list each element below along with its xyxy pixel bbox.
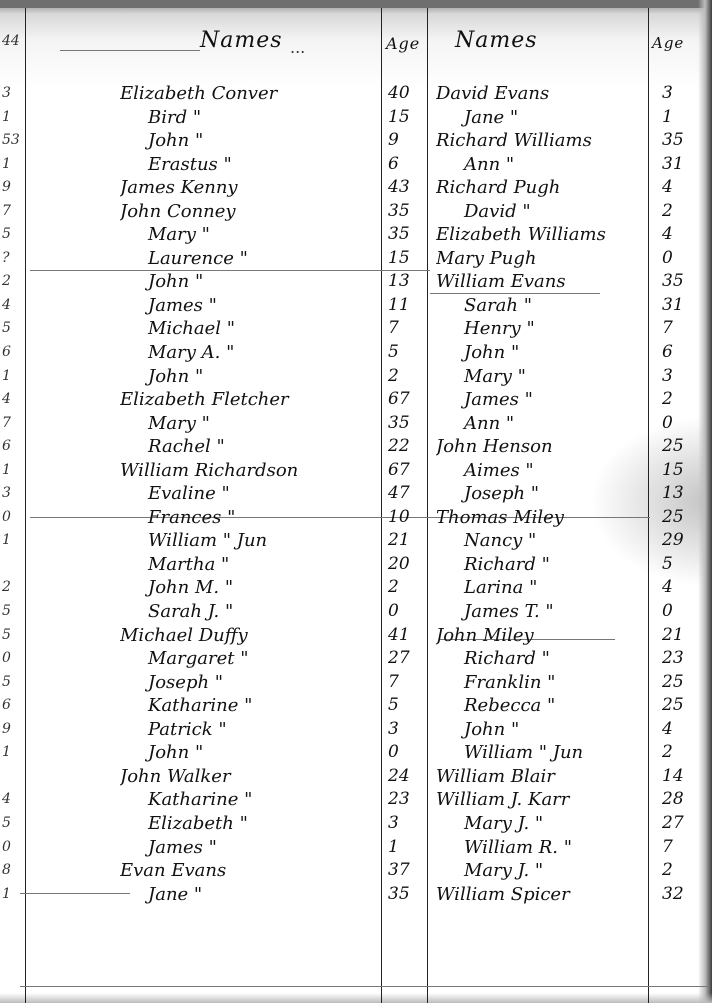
name-right: James " [436,388,646,411]
age-left: 67 [384,459,424,482]
age-left: 15 [384,247,424,270]
age-right: 2 [652,859,696,882]
margin-number: 5 [2,812,22,835]
name-right: William " Jun [436,741,646,764]
name-right: David Evans [436,82,646,105]
name-right: Mary Pugh [436,247,646,270]
age-right: 1 [652,106,696,129]
name-left: James " [120,836,378,859]
margin-number: 1 [2,741,22,764]
name-right: Richard Pugh [436,176,646,199]
register-rows: 3 Elizabeth Conver 40 David Evans 3 1 Bi… [0,82,712,906]
age-right: 31 [652,153,696,176]
name-left: John Conney [120,200,378,223]
name-left: Martha " [120,553,378,576]
margin-number: 4 [2,388,22,411]
name-left: Mary " [120,223,378,246]
name-right: William Spicer [436,883,646,906]
register-row: 5 Elizabeth " 3 Mary J. " 27 [0,812,712,836]
margin-number: 8 [2,859,22,882]
age-right: 35 [652,129,696,152]
age-right: 23 [652,647,696,670]
name-right: John Henson [436,435,646,458]
name-left: Erastus " [120,153,378,176]
name-right: Ann " [436,412,646,435]
register-row: 6 Rachel " 22 John Henson 25 [0,435,712,459]
register-row: 2 John " 13 William Evans 35 [0,270,712,294]
name-left: John Walker [120,765,378,788]
age-left: 22 [384,435,424,458]
name-right: David " [436,200,646,223]
margin-number: 3 [2,82,22,105]
name-right: John " [436,718,646,741]
name-right: Sarah " [436,294,646,317]
register-row: 7 John Conney 35 David " 2 [0,200,712,224]
age-right: 7 [652,317,696,340]
age-left: 35 [384,412,424,435]
name-right: Mary " [436,365,646,388]
margin-number: 9 [2,718,22,741]
age-left: 21 [384,529,424,552]
margin-number: 7 [2,200,22,223]
age-right: 15 [652,459,696,482]
name-left: Mary " [120,412,378,435]
margin-number: ? [2,247,22,270]
age-right: 4 [652,176,696,199]
name-right: Richard " [436,647,646,670]
age-left: 35 [384,200,424,223]
age-left: 5 [384,341,424,364]
register-row: 1 Jane " 35 William Spicer 32 [0,883,712,907]
name-left: Mary A. " [120,341,378,364]
age-right: 25 [652,694,696,717]
age-right: 25 [652,506,696,529]
name-right: Richard " [436,553,646,576]
header-dots: ... [290,38,305,57]
age-right: 4 [652,718,696,741]
age-right: 0 [652,412,696,435]
age-left: 47 [384,482,424,505]
margin-number: 1 [2,459,22,482]
margin-number: 2 [2,270,22,293]
age-right: 35 [652,270,696,293]
age-right: 29 [652,529,696,552]
age-left: 37 [384,859,424,882]
name-left: Evan Evans [120,859,378,882]
register-row: 4 James " 11 Sarah " 31 [0,294,712,318]
register-row: 5 Michael Duffy 41 John Miley 21 [0,624,712,648]
name-left: John " [120,129,378,152]
age-left: 13 [384,270,424,293]
register-row: 5 Joseph " 7 Franklin " 25 [0,671,712,695]
register-row: 6 Katharine " 5 Rebecca " 25 [0,694,712,718]
name-left: Bird " [120,106,378,129]
name-left: Elizabeth " [120,812,378,835]
margin-number: 6 [2,341,22,364]
name-right: Henry " [436,317,646,340]
margin-number: 0 [2,647,22,670]
name-right: John Miley [436,624,646,647]
margin-number: 5 [2,600,22,623]
name-right: Elizabeth Williams [436,223,646,246]
age-left: 67 [384,388,424,411]
age-right: 4 [652,576,696,599]
margin-number: 5 [2,624,22,647]
margin-header: 44 [2,30,22,53]
margin-number: 1 [2,106,22,129]
margin-number: 6 [2,435,22,458]
age-right: 13 [652,482,696,505]
name-left: Katharine " [120,788,378,811]
names-header-left: Names [200,28,283,53]
register-row: 0 Margaret " 27 Richard " 23 [0,647,712,671]
register-row: 5 Mary " 35 Elizabeth Williams 4 [0,223,712,247]
name-right: William R. " [436,836,646,859]
name-right: Mary J. " [436,812,646,835]
age-right: 21 [652,624,696,647]
age-left: 7 [384,317,424,340]
age-left: 6 [384,153,424,176]
register-row: 0 James " 1 William R. " 7 [0,836,712,860]
name-right: Larina " [436,576,646,599]
ruled-line [20,986,710,987]
name-left: John M. " [120,576,378,599]
name-left: Patrick " [120,718,378,741]
age-right: 0 [652,600,696,623]
name-right: Richard Williams [436,129,646,152]
register-row: 8 Evan Evans 37 Mary J. " 2 [0,859,712,883]
age-header-left: Age [386,34,420,53]
scan-bottom-shadow [0,993,712,1003]
name-right: Mary J. " [436,859,646,882]
register-row: 0 Frances " 10 Thomas Miley 25 [0,506,712,530]
register-row: 2 John M. " 2 Larina " 4 [0,576,712,600]
age-left: 27 [384,647,424,670]
name-left: Jane " [120,883,378,906]
age-right: 5 [652,553,696,576]
name-left: Michael " [120,317,378,340]
name-left: Katharine " [120,694,378,717]
age-left: 11 [384,294,424,317]
name-left: Joseph " [120,671,378,694]
name-left: Elizabeth Conver [120,82,378,105]
age-right: 2 [652,388,696,411]
age-left: 3 [384,812,424,835]
margin-number: 0 [2,506,22,529]
age-right: 31 [652,294,696,317]
margin-number: 9 [2,176,22,199]
age-right: 25 [652,671,696,694]
age-left: 24 [384,765,424,788]
age-left: 7 [384,671,424,694]
age-left: 0 [384,600,424,623]
name-right: Joseph " [436,482,646,505]
age-left: 3 [384,718,424,741]
names-header-right: Names [455,28,538,53]
margin-number: 1 [2,153,22,176]
age-left: 20 [384,553,424,576]
register-row: 1 John " 2 Mary " 3 [0,365,712,389]
age-left: 15 [384,106,424,129]
age-left: 10 [384,506,424,529]
register-row: 5 Michael " 7 Henry " 7 [0,317,712,341]
age-right: 32 [652,883,696,906]
margin-number: 6 [2,694,22,717]
name-left: John " [120,741,378,764]
margin-number: 4 [2,788,22,811]
age-left: 0 [384,741,424,764]
name-right: Ann " [436,153,646,176]
name-left: Elizabeth Fletcher [120,388,378,411]
name-right: Jane " [436,106,646,129]
name-left: John " [120,270,378,293]
margin-number: 0 [2,836,22,859]
age-left: 41 [384,624,424,647]
register-row: 1 John " 0 William " Jun 2 [0,741,712,765]
age-right: 2 [652,200,696,223]
name-left: Evaline " [120,482,378,505]
name-right: William J. Karr [436,788,646,811]
margin-number: 1 [2,883,22,906]
register-row: John Walker 24 William Blair 14 [0,765,712,789]
name-right: William Evans [436,270,646,293]
age-left: 1 [384,836,424,859]
age-right: 27 [652,812,696,835]
register-row: ? Laurence " 15 Mary Pugh 0 [0,247,712,271]
margin-number [2,553,22,576]
margin-number: 3 [2,482,22,505]
register-row: 1 William " Jun 21 Nancy " 29 [0,529,712,553]
name-left: William " Jun [120,529,378,552]
age-right: 7 [652,836,696,859]
age-left: 40 [384,82,424,105]
margin-number: 1 [2,365,22,388]
register-row: 53 John " 9 Richard Williams 35 [0,129,712,153]
name-left: Michael Duffy [120,624,378,647]
margin-number: 53 [2,129,22,152]
age-right: 2 [652,741,696,764]
age-right: 28 [652,788,696,811]
age-left: 23 [384,788,424,811]
margin-number: 7 [2,412,22,435]
age-left: 2 [384,365,424,388]
margin-number: 1 [2,529,22,552]
register-row: 1 Bird " 15 Jane " 1 [0,106,712,130]
age-left: 43 [384,176,424,199]
margin-number: 5 [2,671,22,694]
name-left: John " [120,365,378,388]
name-right: Rebecca " [436,694,646,717]
name-right: Thomas Miley [436,506,646,529]
age-right: 25 [652,435,696,458]
margin-number: 5 [2,223,22,246]
scan-top-shadow [0,0,712,8]
register-row: 9 Patrick " 3 John " 4 [0,718,712,742]
name-left: Frances " [120,506,378,529]
name-right: Nancy " [436,529,646,552]
name-left: James " [120,294,378,317]
age-right: 14 [652,765,696,788]
age-right: 4 [652,223,696,246]
register-row: 4 Elizabeth Fletcher 67 James " 2 [0,388,712,412]
name-left: Rachel " [120,435,378,458]
name-right: John " [436,341,646,364]
age-left: 5 [384,694,424,717]
register-row: 3 Elizabeth Conver 40 David Evans 3 [0,82,712,106]
margin-number [2,765,22,788]
name-right: Aimes " [436,459,646,482]
register-page: 44 Names ... Age Names Age 3 Elizabeth C… [0,0,712,1003]
name-left: Sarah J. " [120,600,378,623]
age-right: 6 [652,341,696,364]
name-left: William Richardson [120,459,378,482]
margin-number: 2 [2,576,22,599]
register-row: 9 James Kenny 43 Richard Pugh 4 [0,176,712,200]
name-right: Franklin " [436,671,646,694]
register-row: 1 William Richardson 67 Aimes " 15 [0,459,712,483]
register-row: 5 Sarah J. " 0 James T. " 0 [0,600,712,624]
register-row: 1 Erastus " 6 Ann " 31 [0,153,712,177]
age-left: 2 [384,576,424,599]
margin-number: 4 [2,294,22,317]
name-left: Laurence " [120,247,378,270]
name-right: William Blair [436,765,646,788]
register-row: 4 Katharine " 23 William J. Karr 28 [0,788,712,812]
column-headers: 44 Names ... Age Names Age [0,28,712,60]
name-left: James Kenny [120,176,378,199]
register-row: 3 Evaline " 47 Joseph " 13 [0,482,712,506]
age-header-right: Age [652,34,684,52]
age-left: 35 [384,223,424,246]
register-row: 6 Mary A. " 5 John " 6 [0,341,712,365]
age-left: 35 [384,883,424,906]
age-right: 3 [652,365,696,388]
margin-number: 5 [2,317,22,340]
register-row: Martha " 20 Richard " 5 [0,553,712,577]
age-right: 3 [652,82,696,105]
age-right: 0 [652,247,696,270]
age-left: 9 [384,129,424,152]
name-left: Margaret " [120,647,378,670]
name-right: James T. " [436,600,646,623]
register-row: 7 Mary " 35 Ann " 0 [0,412,712,436]
